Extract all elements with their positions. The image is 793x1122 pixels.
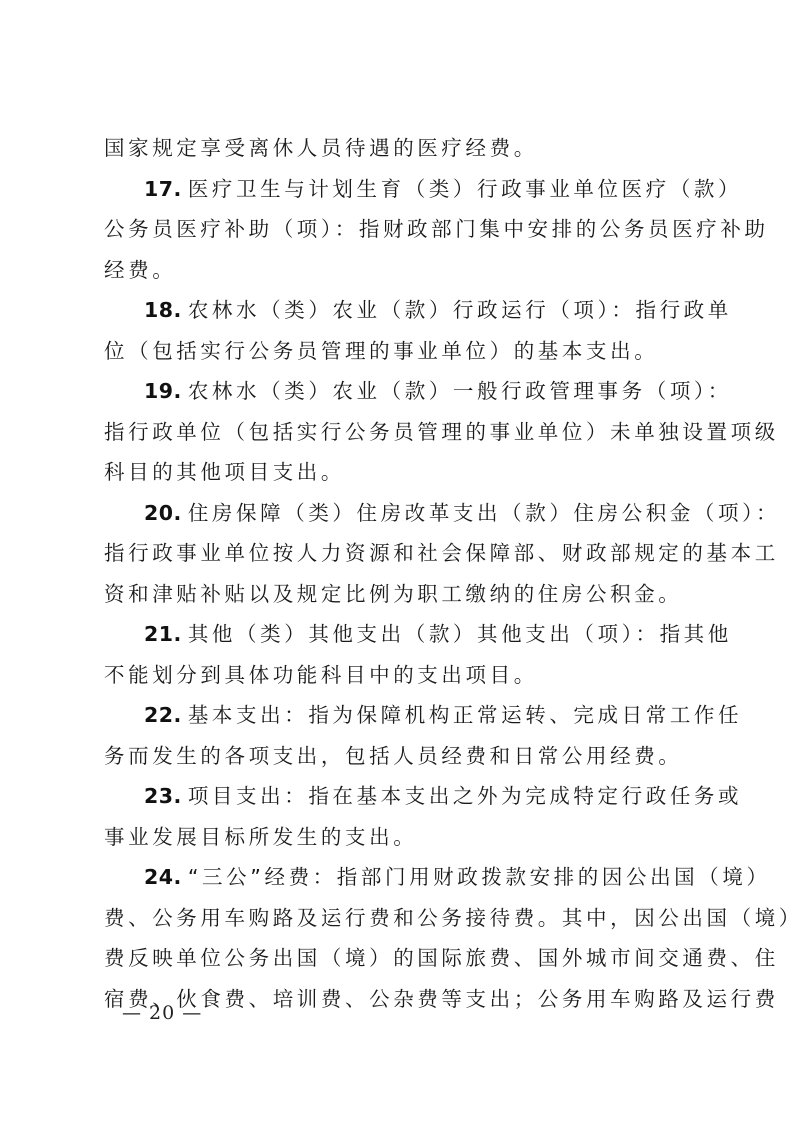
- item-number: 18.: [144, 298, 182, 322]
- line-text: 项目支出：指在基本支出之外为完成特定行政任务或: [188, 784, 742, 808]
- line-text: 经费。: [104, 258, 176, 282]
- line-text: 医疗卫生与计划生育（类）行政事业单位医疗（款）: [188, 177, 742, 201]
- line-text: 住房保障（类）住房改革支出（款）住房公积金（项）：: [188, 501, 780, 525]
- item-number: 19.: [144, 379, 182, 403]
- line-text: 基本支出：指为保障机构正常运转、完成日常工作任: [188, 703, 742, 727]
- list-item-19: 19.农林水（类）农业（款）一般行政管理事务（项）：: [104, 371, 692, 412]
- item-number: 24.: [144, 865, 182, 889]
- line-text: 指行政事业单位按人力资源和社会保障部、财政部规定的基本工: [104, 533, 692, 574]
- item-number: 17.: [144, 177, 182, 201]
- line-text: 位（包括实行公务员管理的事业单位）的基本支出。: [104, 339, 658, 363]
- text-line: 指行政单位（包括实行公务员管理的事业单位）未单独设置项级: [104, 412, 692, 453]
- line-text: 事业发展目标所发生的支出。: [104, 825, 417, 849]
- line-text: 农林水（类）农业（款）一般行政管理事务（项）：: [188, 379, 732, 403]
- text-line: 务而发生的各项支出，包括人员经费和日常公用经费。: [104, 736, 692, 777]
- page-number: — 20 —: [122, 1002, 202, 1024]
- line-text: “三公”经费：指部门用财政拨款安排的因公出国（境）: [188, 865, 771, 889]
- list-item-17: 17.医疗卫生与计划生育（类）行政事业单位医疗（款）: [104, 169, 692, 210]
- item-number: 23.: [144, 784, 182, 808]
- text-line: 事业发展目标所发生的支出。: [104, 817, 692, 858]
- list-item-20: 20.住房保障（类）住房改革支出（款）住房公积金（项）：: [104, 493, 692, 534]
- item-number: 22.: [144, 703, 182, 727]
- text-line: 科目的其他项目支出。: [104, 452, 692, 493]
- line-text: 其他（类）其他支出（款）其他支出（项）：指其他: [188, 622, 732, 646]
- text-line: 公务员医疗补助（项）：指财政部门集中安排的公务员医疗补助: [104, 209, 692, 250]
- text-line: 指行政事业单位按人力资源和社会保障部、财政部规定的基本工: [104, 533, 692, 574]
- text-line: 费反映单位公务出国（境）的国际旅费、国外城市间交通费、住: [104, 938, 692, 979]
- line-text: 费反映单位公务出国（境）的国际旅费、国外城市间交通费、住: [104, 938, 692, 979]
- document-body: 国家规定享受离休人员待遇的医疗经费。 17.医疗卫生与计划生育（类）行政事业单位…: [104, 128, 692, 1019]
- line-text: 公务员医疗补助（项）：指财政部门集中安排的公务员医疗补助: [104, 209, 692, 250]
- line-text: 指行政单位（包括实行公务员管理的事业单位）未单独设置项级: [104, 412, 692, 453]
- line-text: 科目的其他项目支出。: [104, 460, 345, 484]
- line-text: 不能划分到具体功能科目中的支出项目。: [104, 663, 538, 687]
- list-item-22: 22.基本支出：指为保障机构正常运转、完成日常工作任: [104, 695, 692, 736]
- text-line: 不能划分到具体功能科目中的支出项目。: [104, 655, 692, 696]
- list-item-21: 21.其他（类）其他支出（款）其他支出（项）：指其他: [104, 614, 692, 655]
- list-item-23: 23.项目支出：指在基本支出之外为完成特定行政任务或: [104, 776, 692, 817]
- text-line: 资和津贴补贴以及规定比例为职工缴纳的住房公积金。: [104, 574, 692, 615]
- line-text: 务而发生的各项支出，包括人员经费和日常公用经费。: [104, 744, 682, 768]
- item-number: 21.: [144, 622, 182, 646]
- text-line: 经费。: [104, 250, 692, 291]
- list-item-18: 18.农林水（类）农业（款）行政运行（项）：指行政单: [104, 290, 692, 331]
- line-text: 农林水（类）农业（款）行政运行（项）：指行政单: [188, 298, 732, 322]
- text-line: 费、公务用车购路及运行费和公务接待费。其中，因公出国（境）: [104, 898, 692, 939]
- text-line: 位（包括实行公务员管理的事业单位）的基本支出。: [104, 331, 692, 372]
- list-item-24: 24.“三公”经费：指部门用财政拨款安排的因公出国（境）: [104, 857, 692, 898]
- item-number: 20.: [144, 501, 182, 525]
- line-text: 资和津贴补贴以及规定比例为职工缴纳的住房公积金。: [104, 582, 682, 606]
- line-text: 国家规定享受离休人员待遇的医疗经费。: [104, 136, 538, 160]
- line-text: 费、公务用车购路及运行费和公务接待费。其中，因公出国（境）: [104, 898, 692, 939]
- text-line: 国家规定享受离休人员待遇的医疗经费。: [104, 128, 692, 169]
